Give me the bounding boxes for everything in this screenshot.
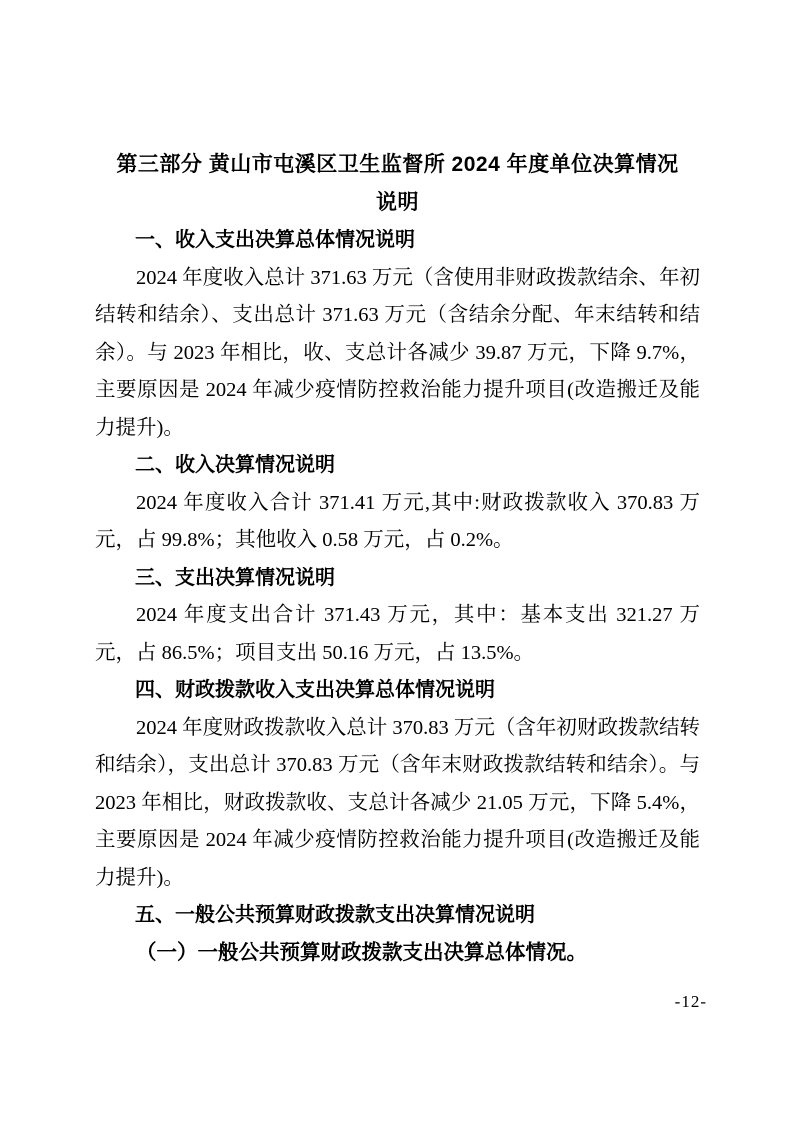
section-4-paragraph: 2024 年度财政拨款收入总计 370.83 万元（含年初财政拨款结转和结余），… xyxy=(95,710,700,898)
document-title-line-1: 第三部分 黄山市屯溪区卫生监督所 2024 年度单位决算情况 xyxy=(95,146,700,184)
section-5-heading: 五、一般公共预算财政拨款支出决算情况说明 xyxy=(95,897,700,935)
section-5-subheading: （一）一般公共预算财政拨款支出决算总体情况。 xyxy=(95,935,700,973)
section-2-heading: 二、收入决算情况说明 xyxy=(95,447,700,485)
section-fiscal-appropriation-overview: 四、财政拨款收入支出决算总体情况说明 2024 年度财政拨款收入总计 370.8… xyxy=(95,672,700,897)
document-content: 第三部分 黄山市屯溪区卫生监督所 2024 年度单位决算情况 说明 一、收入支出… xyxy=(95,146,700,972)
page-number: -12- xyxy=(675,990,707,1014)
section-1-paragraph: 2024 年度收入总计 371.63 万元（含使用非财政拨款结余、年初结转和结余… xyxy=(95,260,700,448)
section-2-paragraph: 2024 年度收入合计 371.41 万元,其中:财政拨款收入 370.83 万… xyxy=(95,485,700,560)
section-1-heading: 一、收入支出决算总体情况说明 xyxy=(95,222,700,260)
section-expenditure-statement: 三、支出决算情况说明 2024 年度支出合计 371.43 万元，其中：基本支出… xyxy=(95,560,700,673)
section-general-public-budget: 五、一般公共预算财政拨款支出决算情况说明 （一）一般公共预算财政拨款支出决算总体… xyxy=(95,897,700,972)
document-title: 第三部分 黄山市屯溪区卫生监督所 2024 年度单位决算情况 说明 xyxy=(95,146,700,222)
section-income-expenditure-overview: 一、收入支出决算总体情况说明 2024 年度收入总计 371.63 万元（含使用… xyxy=(95,222,700,447)
section-4-heading: 四、财政拨款收入支出决算总体情况说明 xyxy=(95,672,700,710)
document-title-line-2: 说明 xyxy=(95,184,700,222)
document-page: 第三部分 黄山市屯溪区卫生监督所 2024 年度单位决算情况 说明 一、收入支出… xyxy=(0,0,793,1122)
section-3-heading: 三、支出决算情况说明 xyxy=(95,560,700,598)
section-3-paragraph: 2024 年度支出合计 371.43 万元，其中：基本支出 321.27 万元，… xyxy=(95,597,700,672)
section-income-statement: 二、收入决算情况说明 2024 年度收入合计 371.41 万元,其中:财政拨款… xyxy=(95,447,700,560)
